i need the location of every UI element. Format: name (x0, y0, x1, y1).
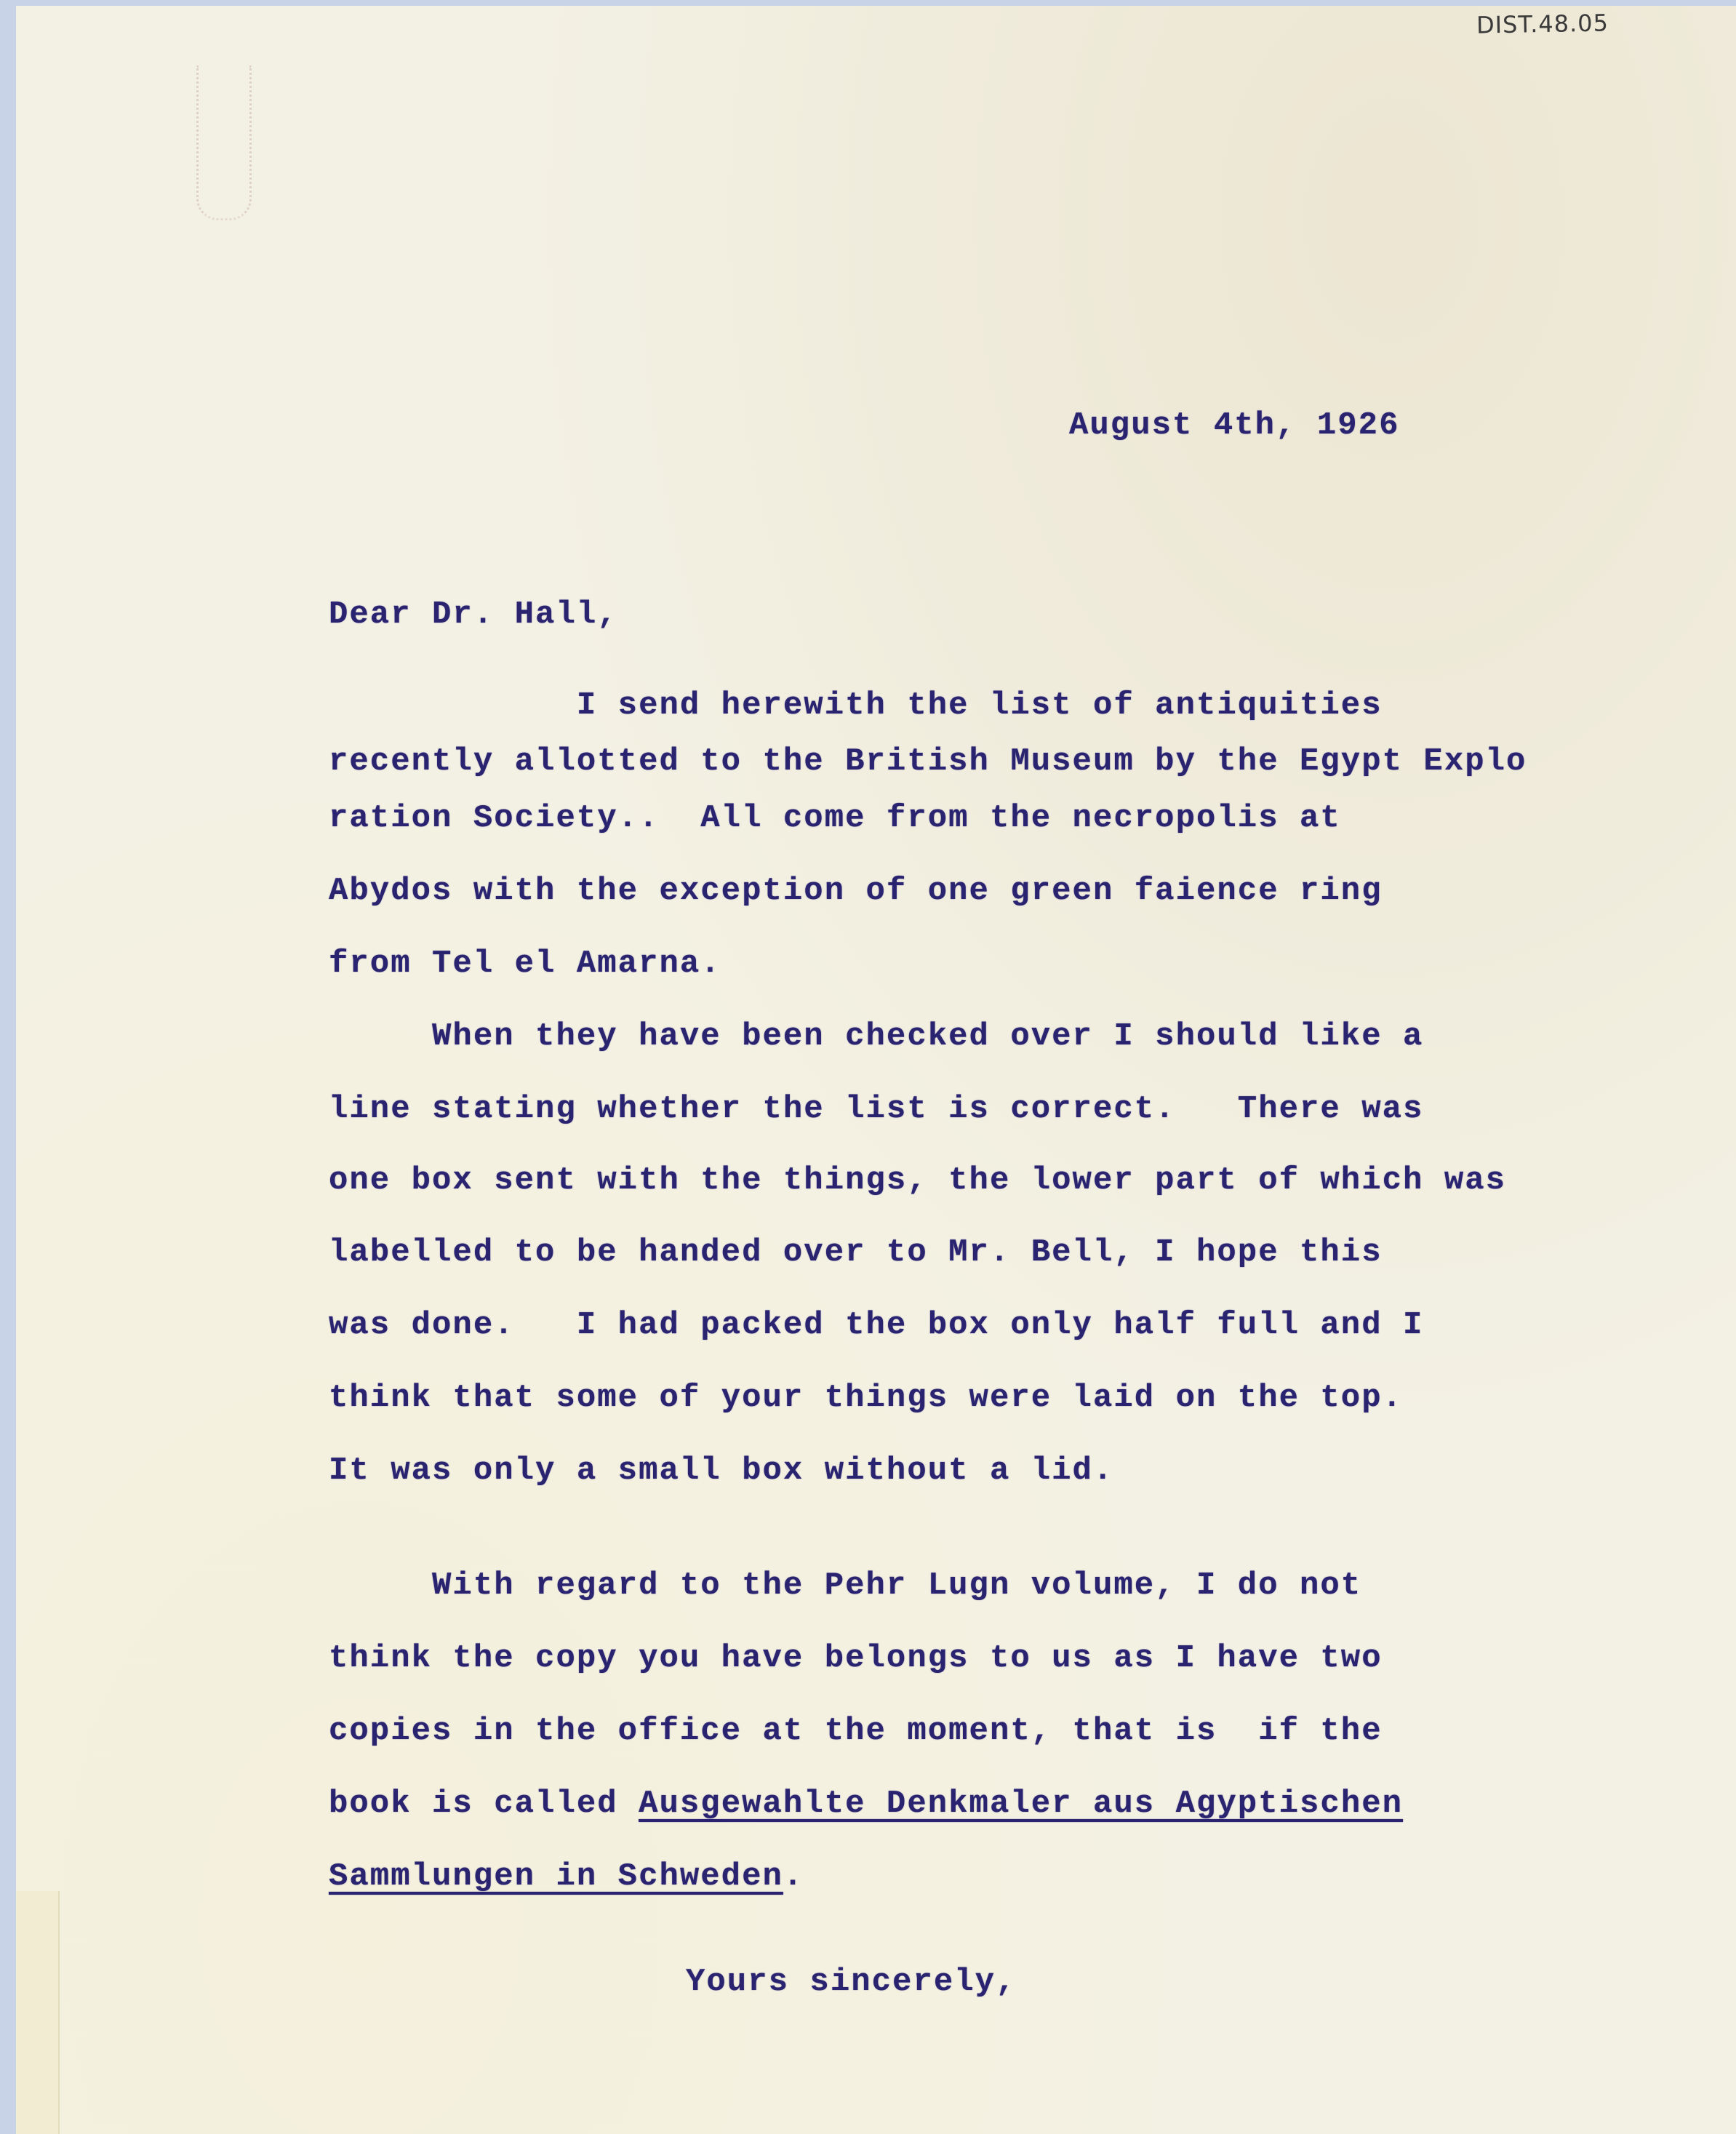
body-line: Abydos with the exception of one green f… (329, 873, 1383, 909)
archive-reference: DIST.48.05 (1476, 9, 1609, 39)
body-line: line stating whether the list is correct… (329, 1091, 1423, 1127)
body-line: think the copy you have belongs to us as… (329, 1640, 1383, 1677)
body-line: copies in the office at the moment, that… (329, 1713, 1383, 1749)
closing: Yours sincerely, (686, 1964, 1016, 2000)
body-line: I send herewith the list of antiquities (329, 687, 1383, 724)
salutation: Dear Dr. Hall, (329, 596, 618, 633)
book-title-part2: Sammlungen in Schweden (329, 1858, 783, 1895)
book-title-prefix: book is called (329, 1786, 639, 1822)
body-line: one box sent with the things, the lower … (329, 1162, 1506, 1199)
letter-date: August 4th, 1926 (1069, 407, 1399, 444)
body-line-book-title-cont: Sammlungen in Schweden. (329, 1858, 804, 1895)
body-line: from Tel el Amarna. (329, 946, 721, 982)
folded-paper-edge (16, 1891, 60, 2134)
body-line: recently allotted to the British Museum … (329, 743, 1527, 780)
body-line: With regard to the Pehr Lugn volume, I d… (329, 1567, 1361, 1604)
body-line: labelled to be handed over to Mr. Bell, … (329, 1234, 1383, 1271)
body-line: It was only a small box without a lid. (329, 1452, 1113, 1489)
body-line-book-title: book is called Ausgewahlte Denkmaler aus… (329, 1786, 1403, 1822)
body-line: think that some of your things were laid… (329, 1380, 1403, 1416)
body-line: ration Society.. All come from the necro… (329, 800, 1341, 836)
body-line: When they have been checked over I shoul… (329, 1018, 1423, 1055)
faint-stamp-mark (196, 65, 252, 220)
final-period: . (783, 1858, 804, 1895)
book-title-part1: Ausgewahlte Denkmaler aus Agyptischen (639, 1786, 1403, 1822)
body-line: was done. I had packed the box only half… (329, 1307, 1423, 1343)
